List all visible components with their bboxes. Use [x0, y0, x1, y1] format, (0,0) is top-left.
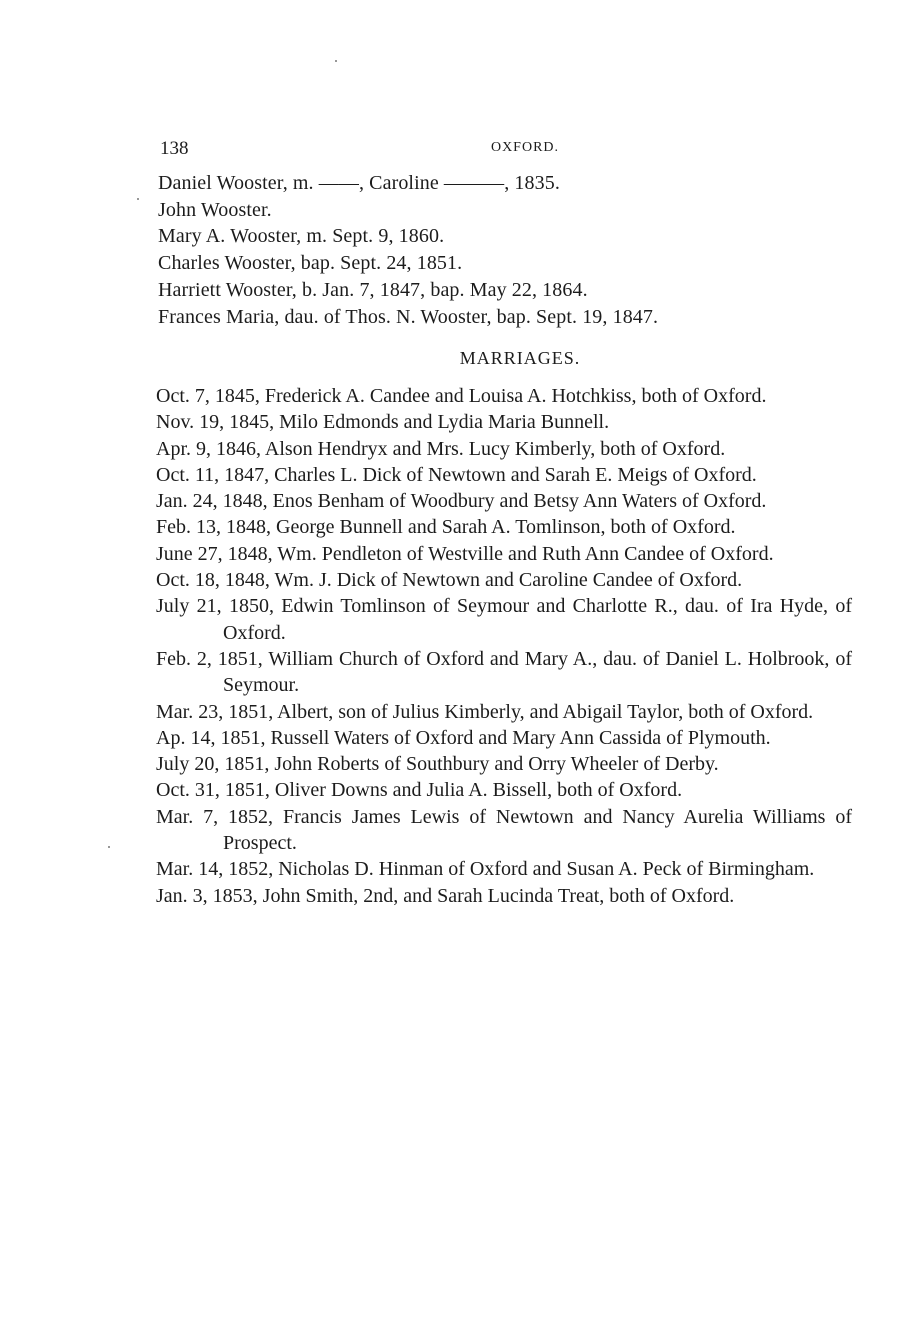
marriage-entry: July 21, 1850, Edwin Tomlinson of Seymou…	[156, 593, 852, 646]
paper-speck	[137, 198, 139, 200]
family-entry: Daniel Wooster, m. ——, Caroline ———, 183…	[158, 170, 858, 197]
marriage-entry: Oct. 18, 1848, Wm. J. Dick of Newtown an…	[156, 567, 852, 593]
book-page: 138 OXFORD. Daniel Wooster, m. ——, Carol…	[0, 0, 900, 1343]
marriage-entry: Mar. 14, 1852, Nicholas D. Hinman of Oxf…	[156, 856, 852, 882]
page-header: 138 OXFORD.	[160, 138, 850, 164]
marriage-entry: Oct. 7, 1845, Frederick A. Candee and Lo…	[156, 383, 852, 409]
marriage-entry: June 27, 1848, Wm. Pendleton of Westvill…	[156, 541, 852, 567]
section-title: MARRIAGES.	[150, 348, 850, 369]
wooster-family-list: Daniel Wooster, m. ——, Caroline ———, 183…	[158, 170, 858, 330]
family-entry: Harriett Wooster, b. Jan. 7, 1847, bap. …	[158, 277, 858, 304]
marriage-entry: Mar. 23, 1851, Albert, son of Julius Kim…	[156, 699, 852, 725]
marriages-list: Oct. 7, 1845, Frederick A. Candee and Lo…	[156, 383, 852, 909]
marriage-entry: Feb. 13, 1848, George Bunnell and Sarah …	[156, 514, 852, 540]
paper-speck	[165, 760, 167, 762]
paper-speck	[335, 60, 337, 62]
family-entry: Mary A. Wooster, m. Sept. 9, 1860.	[158, 223, 858, 250]
marriage-entry: Ap. 14, 1851, Russell Waters of Oxford a…	[156, 725, 852, 751]
marriage-entry: Jan. 24, 1848, Enos Benham of Woodbury a…	[156, 488, 852, 514]
family-entry: Charles Wooster, bap. Sept. 24, 1851.	[158, 250, 858, 277]
marriage-entry: Apr. 9, 1846, Alson Hendryx and Mrs. Luc…	[156, 436, 852, 462]
marriage-entry: Jan. 3, 1853, John Smith, 2nd, and Sarah…	[156, 883, 852, 909]
running-head: OXFORD.	[160, 140, 850, 156]
marriage-entry: Mar. 7, 1852, Francis James Lewis of New…	[156, 804, 852, 857]
marriage-entry: Oct. 31, 1851, Oliver Downs and Julia A.…	[156, 777, 852, 803]
marriage-entry: Feb. 2, 1851, William Church of Oxford a…	[156, 646, 852, 699]
marriage-entry: Nov. 19, 1845, Milo Edmonds and Lydia Ma…	[156, 409, 852, 435]
paper-speck	[108, 846, 110, 848]
marriage-entry: Oct. 11, 1847, Charles L. Dick of Newtow…	[156, 462, 852, 488]
marriage-entry: July 20, 1851, John Roberts of Southbury…	[156, 751, 852, 777]
family-entry: John Wooster.	[158, 197, 858, 224]
family-entry: Frances Maria, dau. of Thos. N. Wooster,…	[158, 304, 858, 331]
